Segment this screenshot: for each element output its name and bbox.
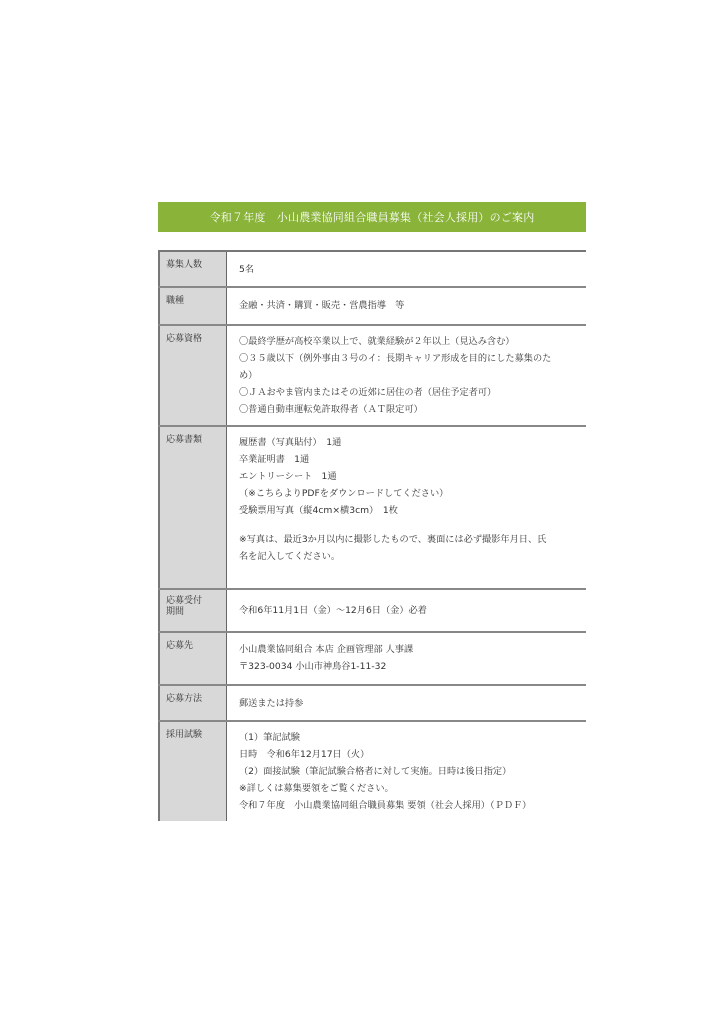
value-line: 卒業証明書 1通 (239, 451, 586, 468)
table-row-destination: 応募先 小山農業協同組合 本店 企画管理部 人事課 〒323-0034 小山市神… (158, 633, 586, 686)
row-value: 〇最終学歴が高校卒業以上で、就業経験が２年以上（見込み含む） 〇３５歳以下（例外… (227, 326, 586, 425)
value-line: 郵送または持参 (239, 695, 586, 712)
page-title: 令和７年度 小山農業協同組合職員募集（社会人採用）のご案内 (210, 209, 535, 225)
value-line: 〇最終学歴が高校卒業以上で、就業経験が２年以上（見込み含む） (239, 333, 586, 350)
value-line: エントリーシート 1通 (239, 468, 586, 485)
recruitment-table: 募集人数 5名 職種 金融・共済・購買・販売・営農指導 等 応募資格 〇最終学歴… (158, 250, 586, 821)
row-label: 応募方法 (158, 686, 227, 720)
row-label: 応募資格 (158, 326, 227, 425)
value-line: 日時 令和6年12月17日（火） (239, 746, 586, 763)
row-value: 郵送または持参 (227, 686, 586, 720)
value-line: 令和6年11月1日（金）～12月6日（金）必着 (239, 602, 586, 619)
table-row-exam: 採用試験 （1）筆記試験 日時 令和6年12月17日（火） （2）面接試験（筆記… (158, 722, 586, 821)
note-line: 名を記入してください。 (239, 548, 586, 565)
row-label: 応募先 (158, 633, 227, 684)
row-label: 応募受付 期間 (158, 590, 227, 631)
value-line: 5名 (239, 261, 586, 278)
table-row-recruit-count: 募集人数 5名 (158, 252, 586, 288)
pdf-download-link[interactable]: （※こちらよりPDFをダウンロードしてください） (239, 485, 586, 502)
row-value: 5名 (227, 252, 586, 286)
value-line: 履歴書（写真貼付） 1通 (239, 434, 586, 451)
value-line: 〒323-0034 小山市神鳥谷1-11-32 (239, 658, 586, 675)
label-line: 期間 (166, 607, 226, 618)
row-label: 職種 (158, 288, 227, 324)
row-label: 募集人数 (158, 252, 227, 286)
page-title-banner: 令和７年度 小山農業協同組合職員募集（社会人採用）のご案内 (158, 202, 586, 232)
table-row-application-method: 応募方法 郵送または持参 (158, 686, 586, 722)
note-line: ※写真は、最近3か月以内に撮影したもので、裏面には必ず撮影年月日、氏 (239, 531, 586, 548)
row-value: 小山農業協同組合 本店 企画管理部 人事課 〒323-0034 小山市神鳥谷1-… (227, 633, 586, 684)
value-line: 金融・共済・購買・販売・営農指導 等 (239, 297, 586, 314)
row-label: 応募書類 (158, 427, 227, 588)
value-line: め） (239, 367, 586, 384)
table-row-documents: 応募書類 履歴書（写真貼付） 1通 卒業証明書 1通 エントリーシート 1通 （… (158, 427, 586, 590)
value-line: 受験票用写真（縦4cm×横3cm） 1枚 (239, 502, 586, 519)
value-line: 小山農業協同組合 本店 企画管理部 人事課 (239, 641, 586, 658)
value-line: 〇ＪＡおやま管内またはその近郊に居住の者（居住予定者可） (239, 384, 586, 401)
table-row-job-type: 職種 金融・共済・購買・販売・営農指導 等 (158, 288, 586, 326)
guidelines-pdf-link[interactable]: 令和７年度 小山農業協同組合職員募集 要領（社会人採用）（ＰＤＦ） (239, 797, 586, 814)
value-line: 〇３５歳以下（例外事由３号のイ：長期キャリア形成を目的にした募集のた (239, 350, 586, 367)
label-line: 応募受付 (166, 596, 226, 607)
value-line: （1）筆記試験 (239, 729, 586, 746)
table-row-qualifications: 応募資格 〇最終学歴が高校卒業以上で、就業経験が２年以上（見込み含む） 〇３５歳… (158, 326, 586, 427)
value-line: 〇普通自動車運転免許取得者（ＡＴ限定可） (239, 401, 586, 418)
row-label: 採用試験 (158, 722, 227, 821)
row-value: （1）筆記試験 日時 令和6年12月17日（火） （2）面接試験（筆記試験合格者… (227, 722, 586, 821)
row-value: 令和6年11月1日（金）～12月6日（金）必着 (227, 590, 586, 631)
row-value: 金融・共済・購買・販売・営農指導 等 (227, 288, 586, 324)
table-row-application-period: 応募受付 期間 令和6年11月1日（金）～12月6日（金）必着 (158, 590, 586, 633)
value-line: （2）面接試験（筆記試験合格者に対して実施。日時は後日指定） (239, 763, 586, 780)
value-line: ※詳しくは募集要領をご覧ください。 (239, 780, 586, 797)
row-value: 履歴書（写真貼付） 1通 卒業証明書 1通 エントリーシート 1通 （※こちらよ… (227, 427, 586, 588)
